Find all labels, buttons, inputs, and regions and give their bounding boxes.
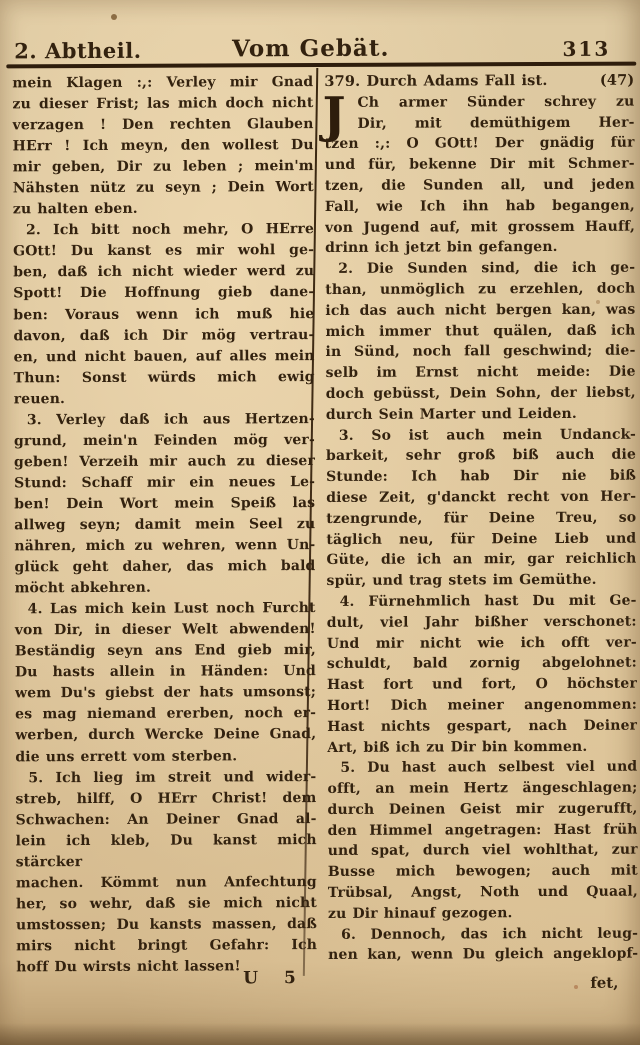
text-line: von Jugend auf, mit grossem Hauff, <box>325 216 635 238</box>
text-line: den Himmel angetragen: Hast früh <box>328 819 638 841</box>
text-line: Dir, mit demüthigem Her- <box>324 112 634 134</box>
running-header: 2. Abtheil. Vom Gebät. 313 <box>14 29 626 64</box>
text-line: machen. Kömmt nun Anfechtung <box>16 872 317 894</box>
text-line: streb, hilff, O HErr Christ! dem <box>15 788 316 810</box>
text-line: zu halten eben. <box>13 198 314 220</box>
text-line: Hort! Dich meiner angenommen: <box>327 695 637 717</box>
book-page-scan: 2. Abtheil. Vom Gebät. 313 mein Klagen :… <box>0 0 640 1045</box>
text-line: durch Sein Marter und Leiden. <box>326 403 636 425</box>
text-line: und für, bekenne Dir mit Schmer- <box>325 154 635 176</box>
left-text-column: mein Klagen :,: Verley mir Gnadzu dieser… <box>12 72 317 978</box>
text-line: mir geben, Dir zu leben ; mein'm <box>13 156 314 178</box>
text-line: die uns errett vom sterben. <box>15 746 316 768</box>
text-line: wem Du's giebst der hats umsonst; <box>15 682 316 704</box>
page-title: Vom Gebät. <box>232 35 389 63</box>
page-number: 313 <box>562 37 610 61</box>
text-line: mich immer thut quälen, daß ich <box>325 320 635 342</box>
text-line: 3. Verley daß ich aus Hertzen- <box>14 409 315 431</box>
text-line: durch Deinen Geist mir zugerufft, <box>327 799 637 821</box>
text-line: en, und nicht bauen, auf alles mein <box>14 346 315 368</box>
text-line: 2. Die Sunden sind, die ich ge- <box>325 258 635 280</box>
text-line: verzagen ! Den rechten Glauben <box>13 114 314 136</box>
text-line: täglich neu, für Deine Lieb und <box>326 528 636 550</box>
text-line: ben: Voraus wenn ich muß hie <box>13 304 314 326</box>
text-line: Trübsal, Angst, Noth und Quaal, <box>328 882 638 904</box>
text-line: grund, mein'n Feinden mög ver- <box>14 430 315 452</box>
text-line: Stunde: Ich hab Dir nie biß <box>326 466 636 488</box>
text-line: Stund: Schaff mir ein neues Le- <box>14 472 315 494</box>
text-line: HErr ! Ich meyn, den wollest Du <box>13 135 314 157</box>
text-line: umstossen; Du kansts massen, daß <box>16 914 317 936</box>
catchword: fet, <box>590 974 618 992</box>
text-line: nen kan, wenn Du gleich angeklopf- <box>328 944 638 966</box>
text-line: Du hasts allein in Händen: Und <box>15 661 316 683</box>
text-line: diese Zeit, g'danckt recht von Her- <box>326 487 636 509</box>
text-line: Ch armer Sünder schrey zu <box>324 91 634 113</box>
text-line: ben! Dein Wort mein Speiß las <box>14 493 315 515</box>
hymn-heading: 379. Durch Adams Fall ist. (47) <box>324 71 634 93</box>
text-line: offt, an mein Hertz ängeschlagen; <box>327 778 637 800</box>
text-line: von Dir, in dieser Welt abwenden! <box>15 619 316 641</box>
text-line: dult, viel Jahr bißher verschonet: <box>327 611 637 633</box>
text-line: ich das auch nicht bergen kan, was <box>325 299 635 321</box>
text-line: werben, durch Wercke Deine Gnad, <box>15 724 316 746</box>
text-line: ben, daß ich nicht wieder werd zu <box>13 261 314 283</box>
text-line: zu dieser Frist; las mich doch nicht <box>12 93 313 115</box>
text-line: Beständig seyn ans End gieb mir, <box>15 640 316 662</box>
right-text-column: 379. Durch Adams Fall ist. (47) J Ch arm… <box>324 71 638 967</box>
text-line: geben! Verzeih mir auch zu dieser <box>14 451 315 473</box>
text-line: reuen. <box>14 388 315 410</box>
text-line: tzen :,: O GOtt! Der gnädig für <box>325 133 635 155</box>
text-line: zu Dir hinauf gezogen. <box>328 902 638 924</box>
text-line: es mag niemand ererben, noch er- <box>15 703 316 725</box>
text-line: allweg seyn; damit mein Seel zu <box>14 514 315 536</box>
text-line: barkeit, sehr groß biß auch die <box>326 445 636 467</box>
text-line: tzen, die Sunden all, und jeden <box>325 175 635 197</box>
text-line: mirs nicht bringt Gefahr: Ich <box>16 935 317 957</box>
text-line: Hast nichts gespart, nach Deiner <box>327 715 637 737</box>
hymn-tune-number: (47) <box>600 71 635 92</box>
header-section-label: 2. Abtheil. <box>14 38 141 64</box>
text-line: Thun: Sonst würds mich ewig <box>14 367 315 389</box>
text-line: spür, und trag stets im Gemüthe. <box>326 570 636 592</box>
text-line: her, so wehr, daß sie mich nicht <box>16 893 317 915</box>
text-line: drinn ich jetzt bin gefangen. <box>325 237 635 259</box>
text-line: 4. Fürnehmlich hast Du mit Ge- <box>327 591 637 613</box>
text-line: Art, biß ich zu Dir bin kommen. <box>327 736 637 758</box>
text-line: 5. Ich lieg im streit und wider- <box>15 767 316 789</box>
text-line: 4. Las mich kein Lust noch Furcht <box>15 598 316 620</box>
text-line: möcht abkehren. <box>15 577 316 599</box>
text-line: selb im Ernst nicht meide: Die <box>326 362 636 384</box>
text-line: Güte, die ich an mir, gar reichlich <box>326 549 636 571</box>
text-line: glück geht daher, das mich bald <box>14 556 315 578</box>
text-line: tzengrunde, für Deine Treu, so <box>326 507 636 529</box>
hymn-body-lines: Ch armer Sünder schrey zuDir, mit demüth… <box>324 91 638 966</box>
text-line: Busse mich bewogen; auch mit <box>328 861 638 883</box>
text-line: 3. So ist auch mein Undanck- <box>326 424 636 446</box>
signature-mark: U 5 <box>243 968 306 988</box>
text-line: lein ich kleb, Du kanst mich stärcker <box>16 830 317 873</box>
scanned-content: 2. Abtheil. Vom Gebät. 313 mein Klagen :… <box>0 0 640 1045</box>
text-line: nähren, mich zu wehren, wenn Un- <box>14 535 315 557</box>
text-line: Schwachen: An Deiner Gnad al- <box>16 809 317 831</box>
text-line: 2. Ich bitt noch mehr, O HErre <box>13 219 314 241</box>
hymn-title: 379. Durch Adams Fall ist. <box>324 71 547 93</box>
text-line: Spott! Die Hoffnung gieb dane- <box>13 282 314 304</box>
text-line: 6. Dennoch, das ich nicht leug- <box>328 923 638 945</box>
text-line: Nähsten nütz zu seyn ; Dein Wort <box>13 177 314 199</box>
text-line: mein Klagen :,: Verley mir Gnad <box>12 72 313 94</box>
text-line: Hast fort und fort, O höchster <box>327 674 637 696</box>
text-line: GOtt! Du kanst es mir wohl ge- <box>13 240 314 262</box>
text-line: Und mir nicht wie ich offt ver- <box>327 632 637 654</box>
text-line: davon, daß ich Dir mög vertrau- <box>13 325 314 347</box>
text-line: 5. Du hast auch selbest viel und <box>327 757 637 779</box>
text-line: schuldt, bald zornig abgelohnet: <box>327 653 637 675</box>
text-line: doch gebüsst, Dein Sohn, der liebst, <box>326 383 636 405</box>
text-line: Fall, wie Ich ihn hab begangen, <box>325 195 635 217</box>
text-line: than, unmöglich zu erzehlen, doch <box>325 279 635 301</box>
text-line: in Sünd, noch fall geschwind; die- <box>325 341 635 363</box>
text-line: und spat, durch viel wohlthat, zur <box>328 840 638 862</box>
